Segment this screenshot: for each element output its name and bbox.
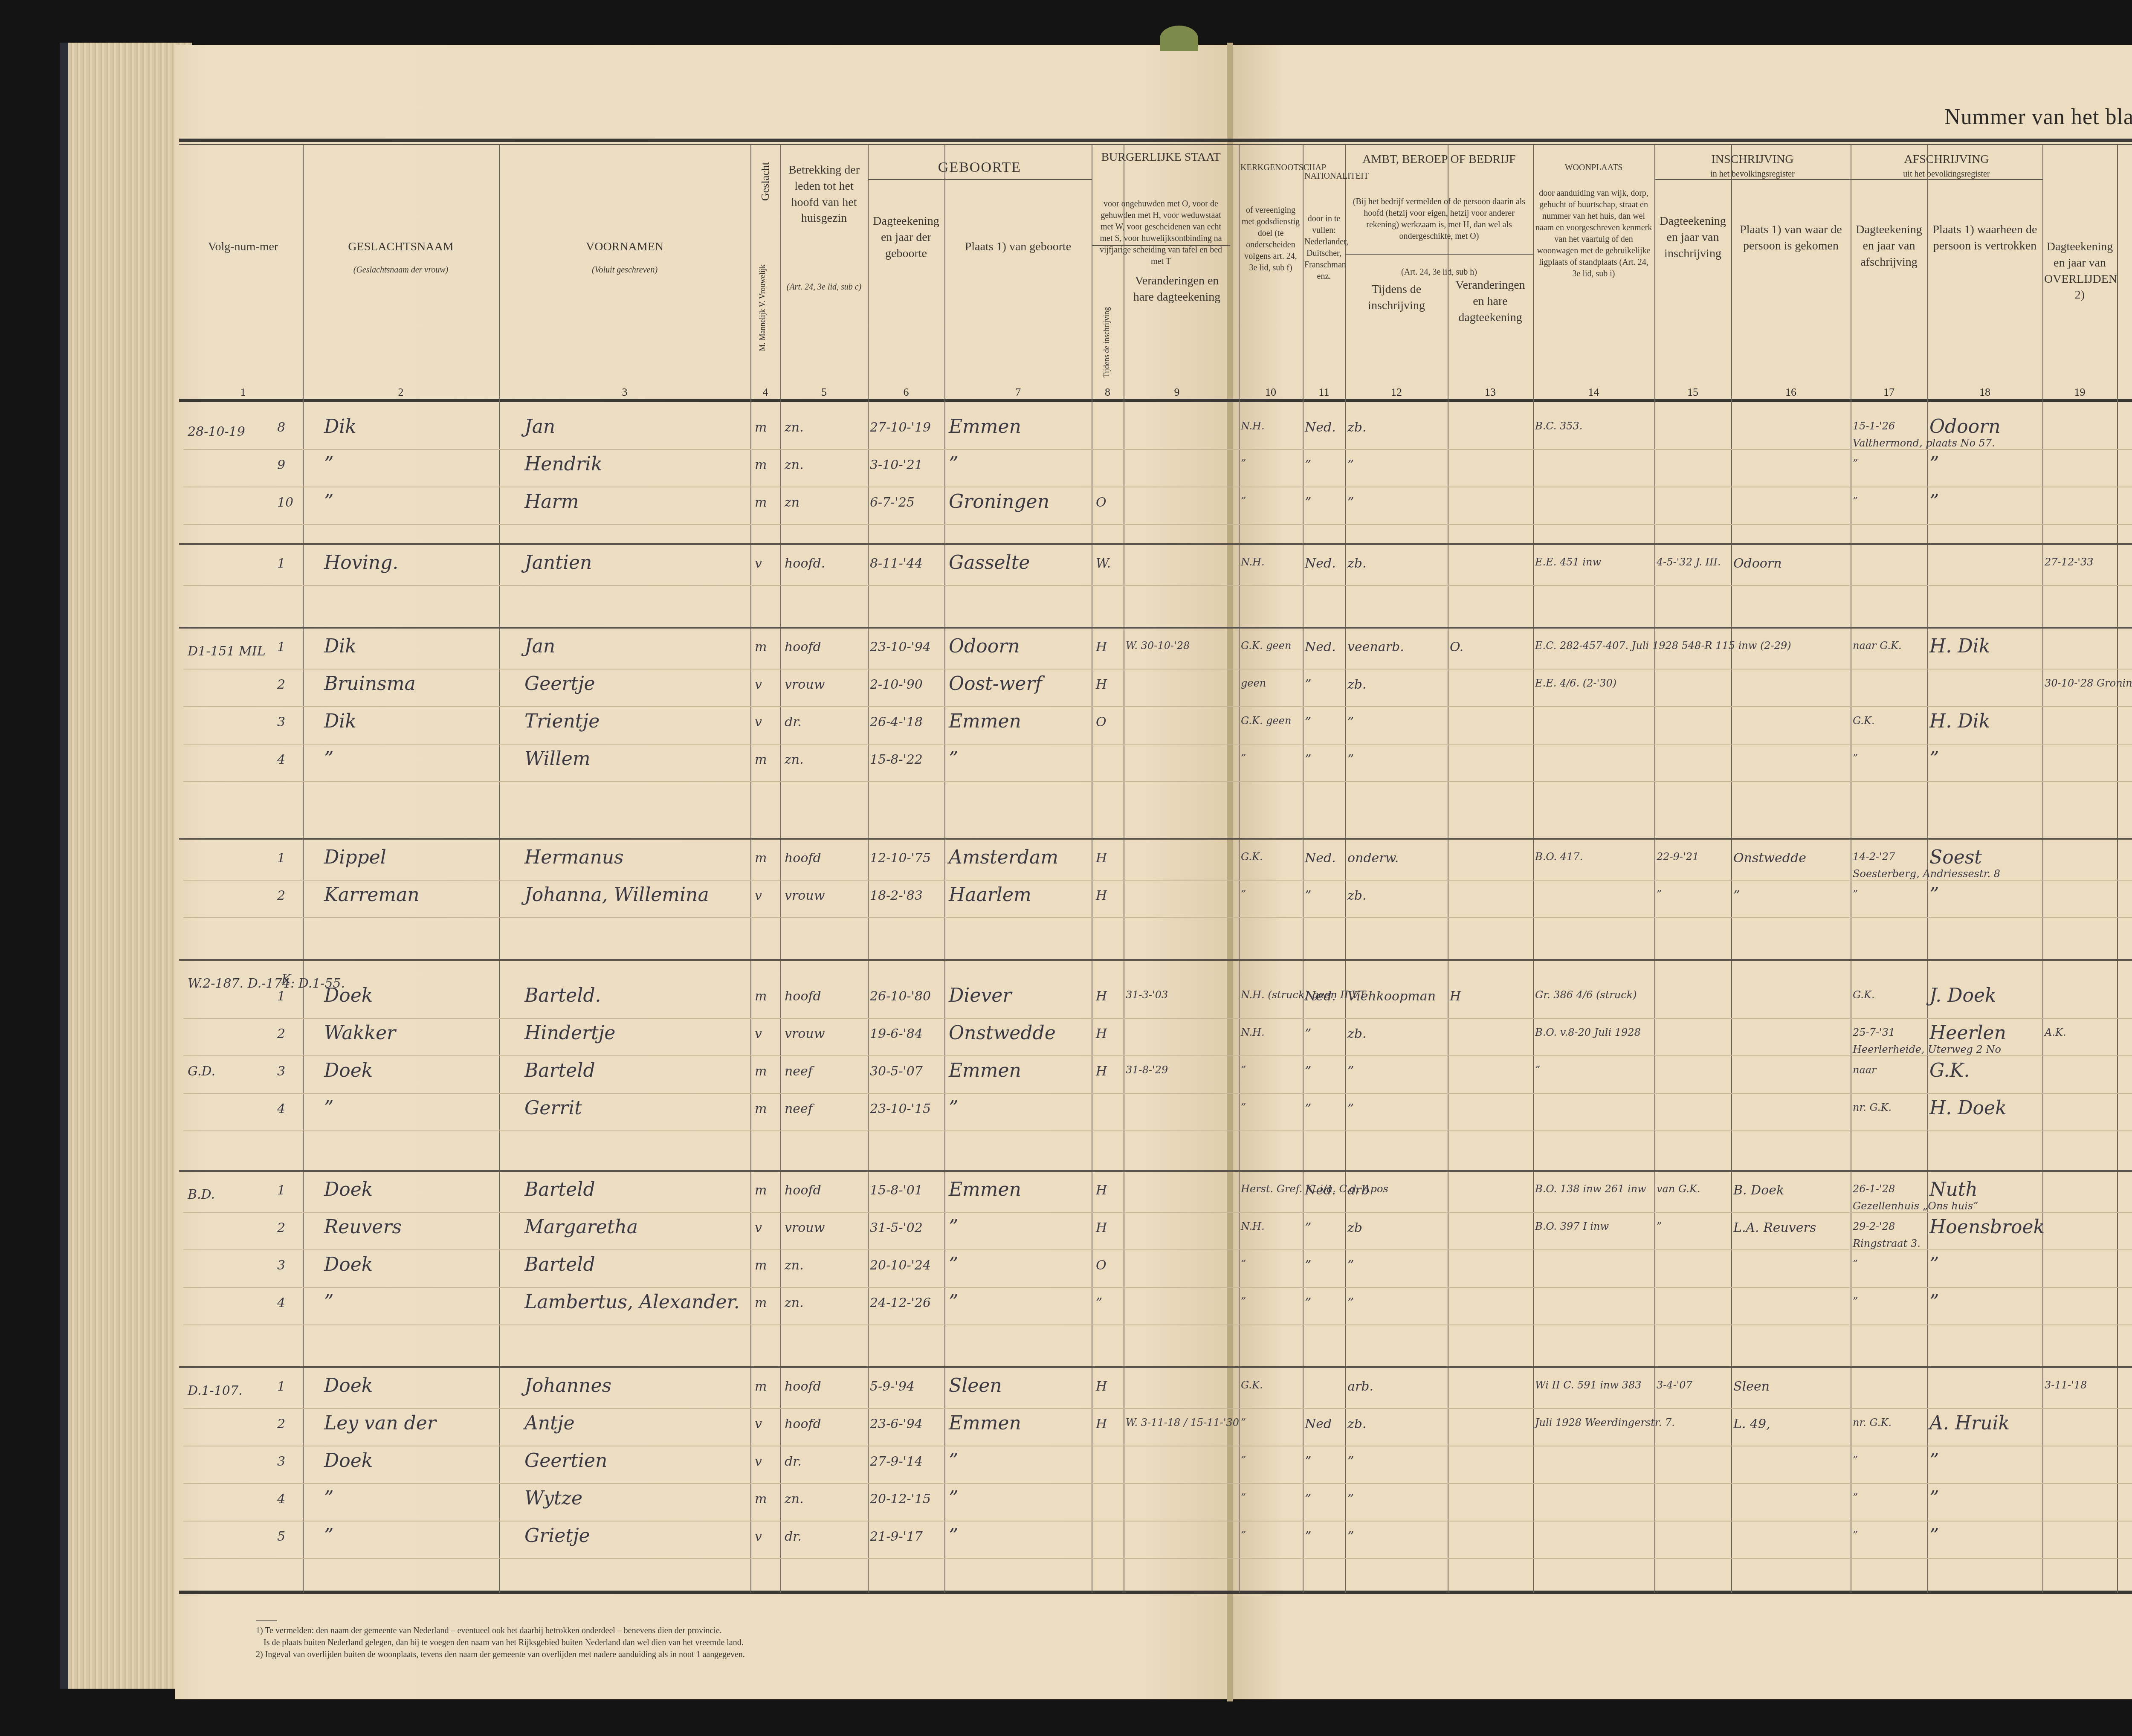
- column-number: 7: [944, 386, 1092, 399]
- member-sex: m: [755, 1064, 767, 1079]
- column-header-9: Veranderingen en hare dagteekening: [1125, 273, 1228, 305]
- column-sub-20: (Art. 24, 5e lid): [2119, 358, 2132, 370]
- member-civil-change: 31-8-'29: [1126, 1064, 1168, 1076]
- footnote-1-cont: Is de plaats buiten Nederland gelegen, d…: [256, 1637, 745, 1649]
- column-number: 20: [2117, 386, 2132, 399]
- column-number: 2: [303, 386, 499, 399]
- member-relation: zn.: [785, 1295, 804, 1310]
- member-birth-date: 27-9-'14: [870, 1454, 923, 1469]
- member-birth-date: 6-7-'25: [870, 495, 915, 510]
- group-divider: [1092, 245, 1230, 246]
- column-header-14: WOONPLAATS: [1535, 162, 1653, 174]
- ruled-line: [183, 524, 2132, 525]
- ambt-note: (Bij het bedrijf vermelden of de persoon…: [1347, 196, 1531, 242]
- member-death-date: 3-11-'18: [2045, 1379, 2087, 1391]
- member-number: 3: [277, 1064, 285, 1079]
- member-relation: vrouw: [785, 888, 825, 903]
- column-header-11: NATIONALITEIT: [1304, 171, 1344, 182]
- member-civil-status: H: [1096, 1220, 1107, 1235]
- member-deregistration-date: 15-1-'26: [1853, 420, 1895, 432]
- member-deregistration-date: nr. G.K.: [1853, 1101, 1892, 1113]
- household-separator: [179, 1366, 2132, 1368]
- member-occupation: zb.: [1347, 1417, 1367, 1432]
- member-registration-date: ”: [1657, 1220, 1662, 1232]
- column-divider: [1124, 145, 1124, 1593]
- ruled-line: [183, 1408, 2132, 1409]
- column-header-19: Dagteekening en jaar van OVERLIJDEN 2): [2044, 239, 2115, 303]
- member-occupation: zb.: [1347, 1026, 1367, 1041]
- member-surname: ”: [324, 491, 334, 513]
- member-birth-date: 12-10-'75: [870, 851, 931, 866]
- member-birth-date: 26-4-'18: [870, 715, 923, 730]
- member-nationality: ”: [1305, 752, 1311, 767]
- footnote-2: 2) Ingeval van overlijden buiten de woon…: [256, 1649, 745, 1661]
- ruled-line: [183, 585, 2132, 586]
- member-birth-place: Amsterdam: [949, 846, 1058, 868]
- member-nationality: ”: [1305, 1064, 1311, 1079]
- ruled-line: [183, 1324, 2132, 1325]
- member-surname: Doek: [324, 1179, 373, 1200]
- member-nationality: ”: [1305, 1529, 1311, 1544]
- member-surname: ”: [324, 1097, 334, 1119]
- member-surname: ”: [324, 1525, 334, 1547]
- member-number: 4: [277, 752, 285, 767]
- column-divider: [1092, 145, 1092, 1593]
- member-deregistration-date: 25-7-'31: [1853, 1026, 1895, 1038]
- member-civil-status: W.: [1096, 556, 1111, 571]
- member-surname: Dik: [324, 710, 356, 732]
- member-given-names: Margaretha: [524, 1216, 638, 1238]
- column-divider: [303, 145, 304, 1593]
- member-nationality: ”: [1305, 1101, 1311, 1116]
- member-civil-status: H: [1096, 1064, 1107, 1079]
- member-number: 4: [277, 1295, 285, 1310]
- member-birth-date: 23-10-'94: [870, 640, 931, 655]
- member-registration-from: Odoorn: [1733, 556, 1782, 571]
- member-deregistration-date: 29-2-'28: [1853, 1220, 1895, 1232]
- member-birth-date: 2-10-'90: [870, 677, 923, 692]
- member-nationality: ”: [1305, 715, 1311, 730]
- member-deregistration-to: ”: [1929, 491, 1939, 513]
- member-birth-place: Emmen: [949, 1412, 1021, 1434]
- member-civil-status: H: [1096, 1417, 1107, 1432]
- member-sex: m: [755, 1101, 767, 1116]
- ruled-line: [183, 1249, 2132, 1250]
- member-occupation: ”: [1347, 1529, 1354, 1544]
- group-divider: [868, 179, 1092, 180]
- header-top-rule-thin: [179, 144, 2132, 145]
- member-number: 2: [277, 1220, 285, 1235]
- footnote-1: 1) Te vermelden: den naam der gemeente v…: [256, 1625, 745, 1637]
- footnotes: 1) Te vermelden: den naam der gemeente v…: [256, 1625, 745, 1661]
- household-ref: W.2-187. D.-174. D.1-55.: [188, 976, 345, 991]
- ruled-line: [183, 1446, 2132, 1446]
- member-given-names: Lambertus, Alexander.: [524, 1291, 740, 1313]
- household-separator: [179, 543, 2132, 545]
- column-header-18: Plaats 1) waarheen de persoon is vertrok…: [1929, 222, 2041, 254]
- member-residence: E.E. 451 inw: [1535, 556, 1601, 568]
- column-number: 17: [1851, 386, 1927, 399]
- member-birth-place: Emmen: [949, 1179, 1021, 1200]
- member-civil-status: ”: [1096, 1295, 1102, 1310]
- column-number: 16: [1731, 386, 1851, 399]
- member-number: 9: [277, 458, 285, 472]
- member-residence: Juli 1928 Weerdingerstr. 7.: [1535, 1417, 1675, 1429]
- member-birth-place: Sleen: [949, 1375, 1002, 1397]
- member-birth-place: Emmen: [949, 416, 1021, 438]
- member-birth-date: 26-10-'80: [870, 989, 931, 1004]
- member-church: ”: [1241, 1492, 1246, 1504]
- column-header-1: Volg-num-mer: [185, 239, 301, 255]
- member-nationality: Ned.: [1305, 420, 1336, 435]
- ruled-line: [183, 1521, 2132, 1522]
- member-relation: neef: [785, 1101, 813, 1116]
- member-civil-status: H: [1096, 1379, 1107, 1394]
- ruled-line: [183, 1130, 2132, 1131]
- member-relation: zn.: [785, 752, 804, 767]
- member-relation: zn.: [785, 458, 804, 472]
- member-occupation: onderw.: [1347, 851, 1399, 866]
- member-church: N.H.: [1241, 1220, 1265, 1232]
- member-registration-date: ”: [1657, 888, 1662, 900]
- column-divider: [1654, 145, 1655, 1593]
- member-deregistration-to: J. Doek: [1929, 985, 1996, 1006]
- group-divider: [1345, 254, 1533, 255]
- member-relation: hoofd: [785, 1183, 821, 1198]
- member-given-names: Geertje: [524, 673, 595, 695]
- column-number: 10: [1239, 386, 1303, 399]
- member-sex: v: [755, 715, 762, 730]
- column-divider: [944, 145, 945, 1593]
- member-birth-place: ”: [949, 1525, 959, 1547]
- ruled-line: [183, 449, 2132, 450]
- member-number: 1: [277, 556, 285, 571]
- member-birth-place: Emmen: [949, 1060, 1021, 1081]
- member-given-names: Wytze: [524, 1487, 582, 1509]
- column-sub-5: (Art. 24, 3e lid, sub c): [782, 281, 866, 293]
- member-church: ”: [1241, 1101, 1246, 1113]
- member-church: ”: [1241, 752, 1246, 764]
- member-nationality: Ned: [1305, 1417, 1332, 1432]
- household-separator: [179, 838, 2132, 840]
- member-deregistration-date: ”: [1853, 495, 1858, 507]
- member-birth-place: ”: [949, 748, 959, 770]
- member-deregistration-date: 26-1-'28: [1853, 1183, 1895, 1195]
- member-deregistration-date: ”: [1853, 1295, 1858, 1307]
- column-sub-2: (Geslachtsnaam der vrouw): [304, 264, 497, 276]
- member-deregistration-date: ”: [1853, 1454, 1858, 1466]
- member-church: ”: [1241, 888, 1246, 900]
- ruled-line: [183, 1287, 2132, 1288]
- member-sex: m: [755, 640, 767, 655]
- group-ambt: AMBT, BEROEP OF BEDRIJF: [1345, 151, 1533, 168]
- member-sex: m: [755, 1379, 767, 1394]
- member-birth-place: Onstwedde: [949, 1022, 1056, 1044]
- member-birth-place: ”: [949, 453, 959, 475]
- member-sex: m: [755, 989, 767, 1004]
- member-registration-from: Onstwedde: [1733, 851, 1806, 866]
- member-nationality: ”: [1305, 495, 1311, 510]
- column-divider: [1731, 145, 1732, 1593]
- member-nationality: ”: [1305, 1295, 1311, 1310]
- member-given-names: Willem: [524, 748, 590, 770]
- member-deregistration-date: ”: [1853, 752, 1858, 764]
- member-deregistration-to: Soest: [1929, 846, 1982, 868]
- member-relation: zn: [785, 495, 799, 510]
- member-sex: m: [755, 851, 767, 866]
- member-deregistration-to: Nuth: [1929, 1179, 1978, 1200]
- geslacht-sub: M. Mannelijk V. Vrouwelijk: [758, 264, 767, 351]
- member-deregistration-to: ”: [1929, 453, 1939, 475]
- group-divider: [1851, 179, 2042, 180]
- column-divider: [499, 145, 500, 1593]
- group-inschrijving: INSCHRIJVING: [1654, 151, 1851, 168]
- member-nationality: ”: [1305, 888, 1311, 903]
- member-occupation: veenarb.: [1347, 640, 1404, 655]
- column-header-16: Plaats 1) van waar de persoon is gekomen: [1733, 222, 1849, 254]
- member-occupation: zb.: [1347, 556, 1367, 571]
- member-civil-status: H: [1096, 1183, 1107, 1198]
- member-birth-place: Oost-werf: [949, 673, 1042, 695]
- member-number: 3: [277, 1454, 285, 1469]
- member-relation: zn.: [785, 1258, 804, 1273]
- member-civil-status: O: [1096, 495, 1107, 510]
- column-number: 19: [2042, 386, 2117, 399]
- member-ref: G.D.: [188, 1064, 215, 1079]
- member-relation: hoofd: [785, 640, 821, 655]
- member-civil-status: H: [1096, 851, 1107, 866]
- member-deregistration-note: Soesterberg, Andriessestr. 8: [1853, 868, 2000, 880]
- member-relation: neef: [785, 1064, 813, 1079]
- member-sex: v: [755, 677, 762, 692]
- member-given-names: Hermanus: [524, 846, 624, 868]
- member-sex: m: [755, 1258, 767, 1273]
- ruled-line: [183, 1483, 2132, 1484]
- member-church: G.K. geen: [1241, 640, 1291, 652]
- member-residence: Wi II C. 591 inw 383: [1535, 1379, 1641, 1391]
- column-number: 18: [1927, 386, 2042, 399]
- member-sex: m: [755, 495, 767, 510]
- member-given-names: Harm: [524, 491, 579, 513]
- column-number: 8: [1092, 386, 1124, 399]
- member-deregistration-date: nr. G.K.: [1853, 1417, 1892, 1429]
- member-residence: B.O. 417.: [1535, 851, 1583, 863]
- member-residence: B.C. 353.: [1535, 420, 1582, 432]
- member-nationality: ”: [1305, 1026, 1311, 1041]
- member-birth-place: ”: [949, 1450, 959, 1472]
- member-occupation: zb.: [1347, 677, 1367, 692]
- member-deregistration-to: ”: [1929, 1450, 1939, 1472]
- member-given-names: Jantien: [524, 552, 592, 574]
- member-registration-date: 3-4-'07: [1657, 1379, 1692, 1391]
- member-birth-place: Haarlem: [949, 884, 1031, 906]
- member-relation: vrouw: [785, 1220, 825, 1235]
- member-deregistration-date: naar: [1853, 1064, 1877, 1076]
- member-surname: Reuvers: [324, 1216, 402, 1238]
- member-church: geen: [1241, 677, 1266, 689]
- member-birth-place: ”: [949, 1097, 959, 1119]
- member-surname: Doek: [324, 1375, 373, 1397]
- member-surname: ”: [324, 1487, 334, 1509]
- member-number: 3: [277, 715, 285, 730]
- member-sex: v: [755, 888, 762, 903]
- member-sex: m: [755, 458, 767, 472]
- group-inschrijving-sub: in het bevolkingsregister: [1654, 168, 1851, 180]
- ruled-line: [183, 1055, 2132, 1056]
- member-church: N.H.: [1241, 1026, 1265, 1038]
- household-ref: B.D.: [188, 1187, 215, 1202]
- member-deregistration-to: H. Dik: [1929, 635, 1990, 657]
- household-ref: D.1-107.: [188, 1383, 243, 1398]
- member-civil-status: H: [1096, 640, 1107, 655]
- household-ref-extra: K.: [281, 972, 295, 987]
- column-number: 3: [499, 386, 750, 399]
- group-afschrijving-sub: uit het bevolkingsregister: [1851, 168, 2042, 180]
- column-divider: [1448, 145, 1448, 1593]
- member-civil-status: O: [1096, 715, 1107, 730]
- member-nationality: Ned.: [1305, 556, 1336, 571]
- member-deregistration-to: H. Dik: [1929, 710, 1990, 732]
- member-surname: Bruinsma: [324, 673, 416, 695]
- member-surname: ”: [324, 453, 334, 475]
- member-registration-from: ”: [1733, 888, 1740, 903]
- column-divider: [1239, 145, 1240, 1593]
- member-church: ”: [1241, 1417, 1246, 1429]
- group-divider: [1654, 179, 1851, 180]
- member-given-names: Johannes: [524, 1375, 611, 1397]
- column-divider: [1345, 145, 1346, 1593]
- member-relation: hoofd: [785, 1379, 821, 1394]
- member-given-names: Antje: [524, 1412, 574, 1434]
- tijdens-inschrijving-label: Tijdens de inschrijving: [1102, 307, 1111, 377]
- member-deregistration-to: Hoensbroek: [1929, 1216, 2045, 1238]
- column-number: 1: [183, 386, 303, 399]
- group-geboorte: GEBOORTE: [868, 158, 1092, 177]
- member-number: 1: [277, 640, 285, 655]
- member-number: 2: [277, 1026, 285, 1041]
- member-occupation: arb: [1347, 1183, 1369, 1198]
- member-sex: v: [755, 1529, 762, 1544]
- ruled-line: [183, 781, 2132, 782]
- member-occupation: ”: [1347, 715, 1354, 730]
- member-registration-from: Sleen: [1733, 1379, 1770, 1394]
- column-divider: [2042, 145, 2043, 1593]
- member-deregistration-date: ”: [1853, 458, 1858, 470]
- member-deregistration-to: G.K.: [1929, 1060, 1970, 1081]
- column-header-12: Tijdens de inschrijving: [1347, 281, 1446, 314]
- column-number: 4: [750, 386, 780, 399]
- member-sex: m: [755, 1183, 767, 1198]
- member-surname: ”: [324, 748, 334, 770]
- column-number: 13: [1448, 386, 1533, 399]
- household-separator: [179, 1170, 2132, 1172]
- member-occupation: ”: [1347, 1064, 1354, 1079]
- member-nationality: ”: [1305, 677, 1311, 692]
- member-surname: Karreman: [324, 884, 420, 906]
- column-number: 12: [1345, 386, 1448, 399]
- member-birth-place: ”: [949, 1254, 959, 1275]
- group-burgerlijke-staat: BURGERLIJKE STAAT: [1092, 149, 1230, 165]
- household-ref: D1-151 MIL: [188, 644, 266, 659]
- member-given-names: Trientje: [524, 710, 600, 732]
- column-header-20: AANMERKINGEN: [2119, 239, 2132, 255]
- member-residence: B.O. v.8-20 Juli 1928: [1535, 1026, 1641, 1038]
- member-registration-date: 4-5-'32 J. III.: [1657, 556, 1721, 568]
- member-residence: B.O. 138 inw 261 inw: [1535, 1183, 1646, 1195]
- member-sex: m: [755, 420, 767, 435]
- member-birth-date: 15-8-'01: [870, 1183, 923, 1198]
- member-death-date: 30-10-'28 Groningen: [2045, 677, 2132, 689]
- column-number: 15: [1654, 386, 1731, 399]
- member-number: 1: [277, 1379, 285, 1394]
- member-deregistration-to: ”: [1929, 748, 1939, 770]
- member-civil-change: 31-3-'03: [1126, 989, 1168, 1001]
- member-birth-date: 5-9-'94: [870, 1379, 915, 1394]
- column-header-6: Dagteekening en jaar der geboorte: [869, 213, 943, 261]
- member-number: 5: [277, 1529, 285, 1544]
- member-birth-place: Emmen: [949, 710, 1021, 732]
- member-occupation: Viehkoopman: [1347, 989, 1436, 1004]
- member-birth-place: Gasselte: [949, 552, 1030, 574]
- book-page-stack: [60, 43, 192, 1689]
- member-number: 1: [277, 989, 285, 1004]
- column-number: 11: [1303, 386, 1345, 399]
- column-number: 9: [1124, 386, 1230, 399]
- ruled-line: [183, 487, 2132, 487]
- member-civil-status: O: [1096, 1258, 1107, 1273]
- member-civil-status: H: [1096, 888, 1107, 903]
- member-nationality: ”: [1305, 458, 1311, 472]
- member-registration-from: B. Doek: [1733, 1183, 1784, 1198]
- column-sub-11: door in te vullen: Nederlander, Duitsche…: [1304, 213, 1344, 282]
- group-afschrijving: AFSCHRIJVING: [1851, 151, 2042, 168]
- member-surname: Dippel: [324, 846, 386, 868]
- member-church: N.H.: [1241, 420, 1265, 432]
- member-birth-date: 27-10-'19: [870, 420, 931, 435]
- burgerlijke-staat-note: voor ongehuwden met O, voor de gehuwden …: [1094, 198, 1228, 267]
- member-birth-date: 3-10-'21: [870, 458, 923, 472]
- column-header-2: GESLACHTSNAAM: [304, 239, 497, 255]
- member-sex: m: [755, 752, 767, 767]
- member-relation: zn.: [785, 1492, 804, 1507]
- member-deregistration-to: Odoorn: [1929, 416, 2001, 438]
- ruled-line: [183, 1093, 2132, 1094]
- member-nationality: ”: [1305, 1220, 1311, 1235]
- member-occupation: ”: [1347, 1454, 1354, 1469]
- member-nationality: Ned.: [1305, 851, 1336, 866]
- member-surname: Wakker: [324, 1022, 396, 1044]
- member-deregistration-date: G.K.: [1853, 989, 1875, 1001]
- member-nationality: ”: [1305, 1492, 1311, 1507]
- sheet-title: Nummer van het blad: [1944, 104, 2132, 130]
- member-registration-date: van G.K.: [1657, 1183, 1700, 1195]
- column-header-10: KERKGENOOTSCHAP: [1240, 162, 1301, 174]
- member-relation: hoofd.: [785, 556, 825, 571]
- member-sex: m: [755, 1492, 767, 1507]
- member-occupation: ”: [1347, 1295, 1354, 1310]
- member-occupation: ”: [1347, 495, 1354, 510]
- member-church: ”: [1241, 495, 1246, 507]
- member-number: 2: [277, 888, 285, 903]
- member-occupation: zb.: [1347, 420, 1367, 435]
- member-relation: vrouw: [785, 677, 825, 692]
- member-surname: Ley van der: [324, 1412, 436, 1434]
- member-occupation: ”: [1347, 1492, 1354, 1507]
- member-sex: m: [755, 1295, 767, 1310]
- member-deregistration-note: Gezellenhuis „Ons huis”: [1853, 1200, 1978, 1212]
- member-birth-date: 19-6-'84: [870, 1026, 923, 1041]
- member-residence: ”: [1535, 1064, 1540, 1076]
